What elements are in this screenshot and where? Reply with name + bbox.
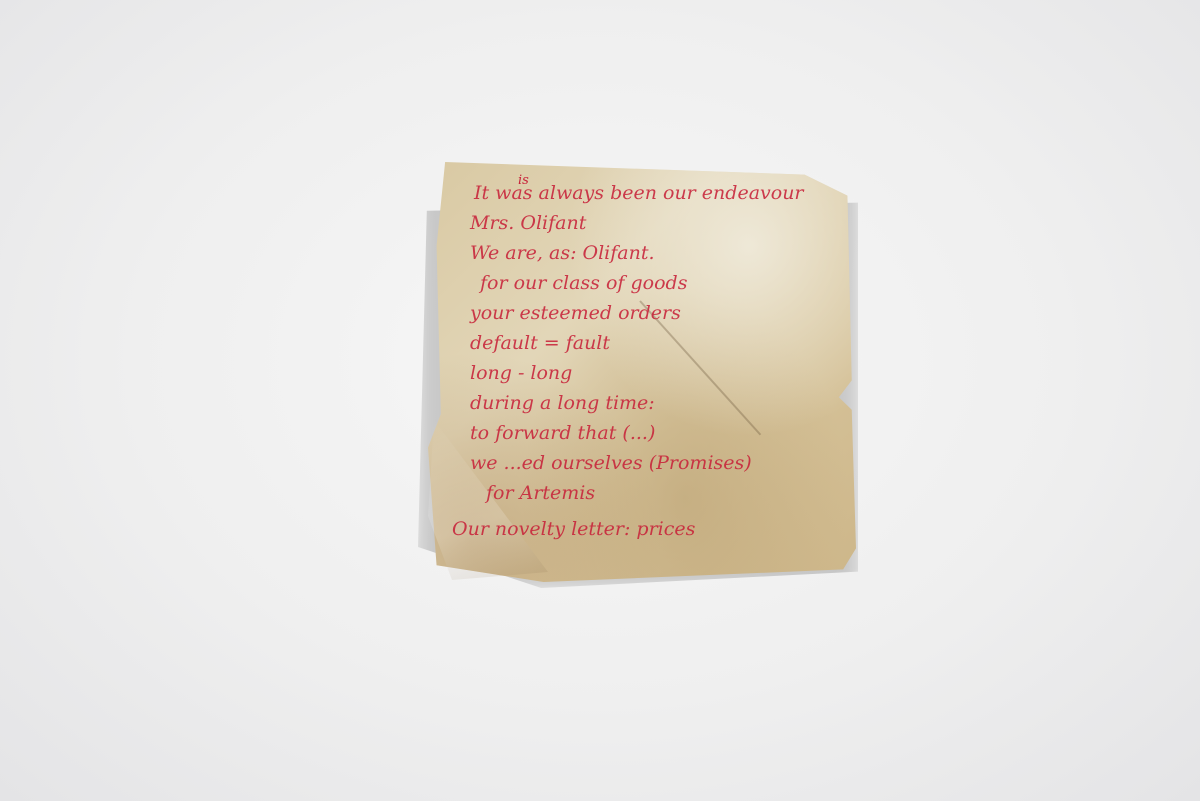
note-line-5: your esteemed orders	[470, 298, 850, 328]
note-line-12: Our novelty letter: prices	[452, 514, 850, 544]
note-line-8: during a long time:	[470, 388, 850, 418]
note-line-3: We are, as: Olifant.	[470, 238, 850, 268]
note-line-7: long - long	[470, 358, 850, 388]
note-line-6: default = fault	[470, 328, 850, 358]
note-line-4: for our class of goods	[480, 268, 850, 298]
note-line-10: we ...ed ourselves (Promises)	[470, 448, 850, 478]
note-line-1: It was always been our endeavour	[474, 178, 850, 208]
note-line-11: for Artemis	[486, 478, 850, 508]
note-line-9: to forward that (...)	[470, 418, 850, 448]
handwritten-text: is It was always been our endeavour Mrs.…	[470, 178, 850, 544]
note-line-2: Mrs. Olifant	[470, 208, 850, 238]
